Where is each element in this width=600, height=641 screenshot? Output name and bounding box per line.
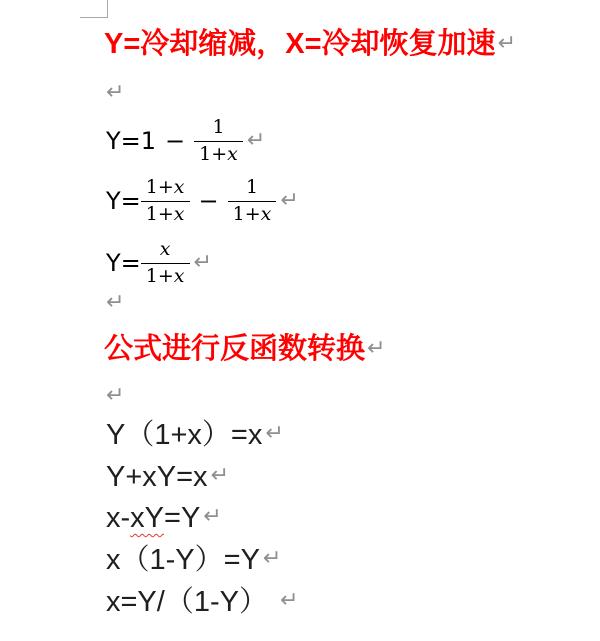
formula-lead: Y= bbox=[106, 249, 141, 277]
fraction: 1 1+x bbox=[228, 176, 277, 226]
fraction-denominator: 1+x bbox=[141, 264, 190, 288]
paragraph-mark-icon: ↵ bbox=[106, 80, 124, 105]
paragraph-mark-icon: ↵ bbox=[280, 590, 298, 612]
fraction-numerator: x bbox=[141, 238, 190, 264]
formula-line-1: Y=1 − 1 1+x ↵ bbox=[106, 116, 265, 166]
paragraph-mark-icon: ↵ bbox=[106, 290, 124, 315]
heading-inverse-function: 公式进行反函数转换 ↵ bbox=[104, 333, 385, 365]
fraction-numerator: 1+x bbox=[141, 176, 190, 202]
fraction: 1 1+x bbox=[194, 116, 243, 166]
paragraph-mark-icon: ↵ bbox=[106, 383, 124, 408]
equation-text: x=Y/（1-Y） bbox=[106, 585, 268, 619]
heading-text: 公式进行反函数转换 bbox=[104, 333, 365, 365]
equation-text: Y（1+x）=x bbox=[106, 418, 262, 452]
fraction: 1+x 1+x bbox=[141, 176, 190, 226]
equation-text: =Y bbox=[164, 501, 200, 535]
equation-line-1: Y（1+x）=x ↵ bbox=[106, 418, 284, 452]
minus-sign: − bbox=[199, 187, 219, 215]
minus-sign: − bbox=[165, 127, 185, 155]
fraction-numerator: 1 bbox=[228, 176, 277, 202]
paragraph-mark-icon: ↵ bbox=[265, 423, 283, 445]
paragraph-mark-icon: ↵ bbox=[367, 338, 385, 360]
formula-lead: Y= bbox=[106, 187, 141, 215]
equation-line-2: Y+xY=x ↵ bbox=[106, 460, 229, 494]
formula-line-2: Y= 1+x 1+x − 1 1+x ↵ bbox=[106, 176, 299, 226]
empty-paragraph: ↵ bbox=[106, 385, 124, 407]
paragraph-mark-icon: ↵ bbox=[280, 190, 298, 212]
equation-line-5: x=Y/（1-Y） ↵ bbox=[106, 585, 298, 619]
text-boundary-corner-mark bbox=[80, 0, 108, 18]
paragraph-mark-icon: ↵ bbox=[194, 252, 212, 274]
empty-paragraph: ↵ bbox=[106, 82, 124, 104]
equation-line-4: x（1-Y）=Y ↵ bbox=[106, 543, 281, 577]
fraction-denominator: 1+x bbox=[141, 202, 190, 226]
heading-cooldown-definition: Y=冷却缩减，X=冷却恢复加速 ↵ bbox=[104, 28, 516, 60]
formula-line-3: Y= x 1+x ↵ bbox=[106, 238, 212, 288]
paragraph-mark-icon: ↵ bbox=[247, 130, 265, 152]
fraction-denominator: 1+x bbox=[194, 142, 243, 166]
paragraph-mark-icon: ↵ bbox=[211, 465, 229, 487]
paragraph-mark-icon: ↵ bbox=[263, 548, 281, 570]
spellcheck-underlined-text: xY bbox=[130, 501, 164, 535]
heading-text: Y=冷却缩减，X=冷却恢复加速 bbox=[104, 28, 496, 60]
fraction-numerator: 1 bbox=[194, 116, 243, 142]
paragraph-mark-icon: ↵ bbox=[203, 506, 221, 528]
fraction-denominator: 1+x bbox=[228, 202, 277, 226]
equation-text: x（1-Y）=Y bbox=[106, 543, 260, 577]
equation-text: x- bbox=[106, 501, 130, 535]
paragraph-mark-icon: ↵ bbox=[498, 33, 516, 55]
word-document-page[interactable]: Y=冷却缩减，X=冷却恢复加速 ↵ ↵ Y=1 − 1 1+x ↵ Y= 1+x… bbox=[0, 0, 600, 641]
fraction: x 1+x bbox=[141, 238, 190, 288]
empty-paragraph: ↵ bbox=[106, 292, 124, 314]
equation-text: Y+xY=x bbox=[106, 460, 208, 494]
formula-lead: Y=1 bbox=[106, 127, 156, 155]
equation-line-3: x-xY=Y ↵ bbox=[106, 501, 222, 535]
